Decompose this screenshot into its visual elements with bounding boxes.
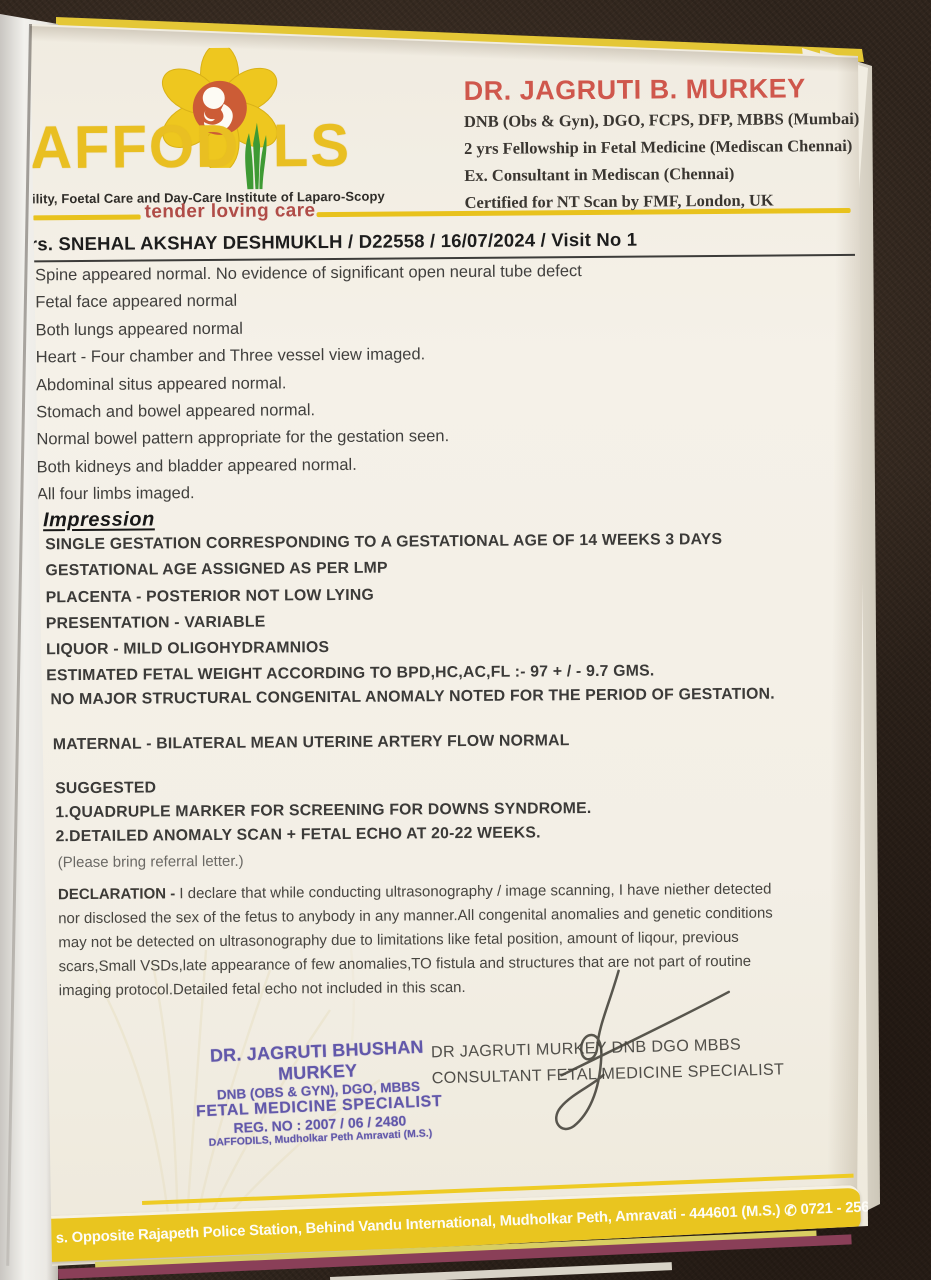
footer-phone: 0721 - 2565544 (800, 1198, 901, 1218)
suggested-heading: SUGGESTED (55, 779, 156, 798)
photo-of-report: AFFOD LS tility, Foetal Care and Day-Car… (0, 0, 931, 1280)
patient-header: rs. SNEHAL AKSHAY DESHMUKLH / D22558 / 1… (30, 229, 638, 256)
doctor-credential-line: Ex. Consultant in Mediscan (Chennai) (464, 163, 860, 193)
finding-line: Spine appeared normal. No evidence of si… (35, 262, 582, 294)
finding-line: Fetal face appeared normal (35, 289, 582, 321)
maternal-note: MATERNAL - BILATERAL MEAN UTERINE ARTERY… (53, 732, 570, 754)
impression-list: SINGLE GESTATION CORRESPONDING TO A GEST… (45, 531, 723, 694)
impression-heading: Impression (43, 508, 155, 532)
suggested-line: 2.DETAILED ANOMALY SCAN + FETAL ECHO AT … (55, 824, 591, 853)
patient-header-underline (27, 254, 855, 263)
finding-line: Abdominal situs appeared normal. (36, 372, 583, 404)
clinic-tagline: tender loving care.... (145, 200, 339, 224)
signature-icon (531, 964, 737, 1141)
clinic-wordmark: AFFOD LS (30, 116, 351, 179)
doctor-credential-line: DNB (Obs & Gyn), DGO, FCPS, DFP, MBBS (M… (464, 109, 860, 139)
doctor-stamp: DR. JAGRUTI BHUSHAN MURKEY DNB (OBS & GY… (187, 1036, 449, 1150)
referral-note: (Please bring referral letter.) (58, 853, 244, 871)
phone-icon: ✆ (784, 1201, 797, 1219)
declaration-label: DECLARATION - (58, 885, 180, 903)
finding-line: Both lungs appeared normal (35, 317, 582, 349)
printed-content: AFFOD LS tility, Foetal Care and Day-Car… (0, 0, 931, 1280)
doctor-credentials: DNB (Obs & Gyn), DGO, FCPS, DFP, MBBS (M… (464, 109, 860, 220)
doctor-credential-line: 2 yrs Fellowship in Fetal Medicine (Medi… (464, 136, 860, 166)
grass-letter-icon (242, 116, 273, 189)
finding-line: Stomach and bowel appeared normal. (36, 399, 583, 431)
finding-line: Heart - Four chamber and Three vessel vi… (36, 344, 583, 376)
report-page: AFFOD LS tility, Foetal Care and Day-Car… (0, 0, 931, 1280)
finding-line: Both kidneys and bladder appeared normal… (37, 454, 584, 486)
tagline-rule-left (33, 215, 141, 221)
wordmark-left: AFFOD (30, 117, 240, 179)
doctor-credential-line: Certified for NT Scan by FMF, London, UK (464, 190, 860, 220)
wordmark-right: LS (273, 116, 352, 177)
finding-line: Normal bowel pattern appropriate for the… (36, 426, 583, 458)
suggested-list: 1.QUADRUPLE MARKER FOR SCREENING FOR DOW… (55, 800, 591, 853)
findings-list: Spine appeared normal. No evidence of si… (35, 262, 584, 513)
doctor-name: DR. JAGRUTI B. MURKEY (464, 73, 806, 107)
